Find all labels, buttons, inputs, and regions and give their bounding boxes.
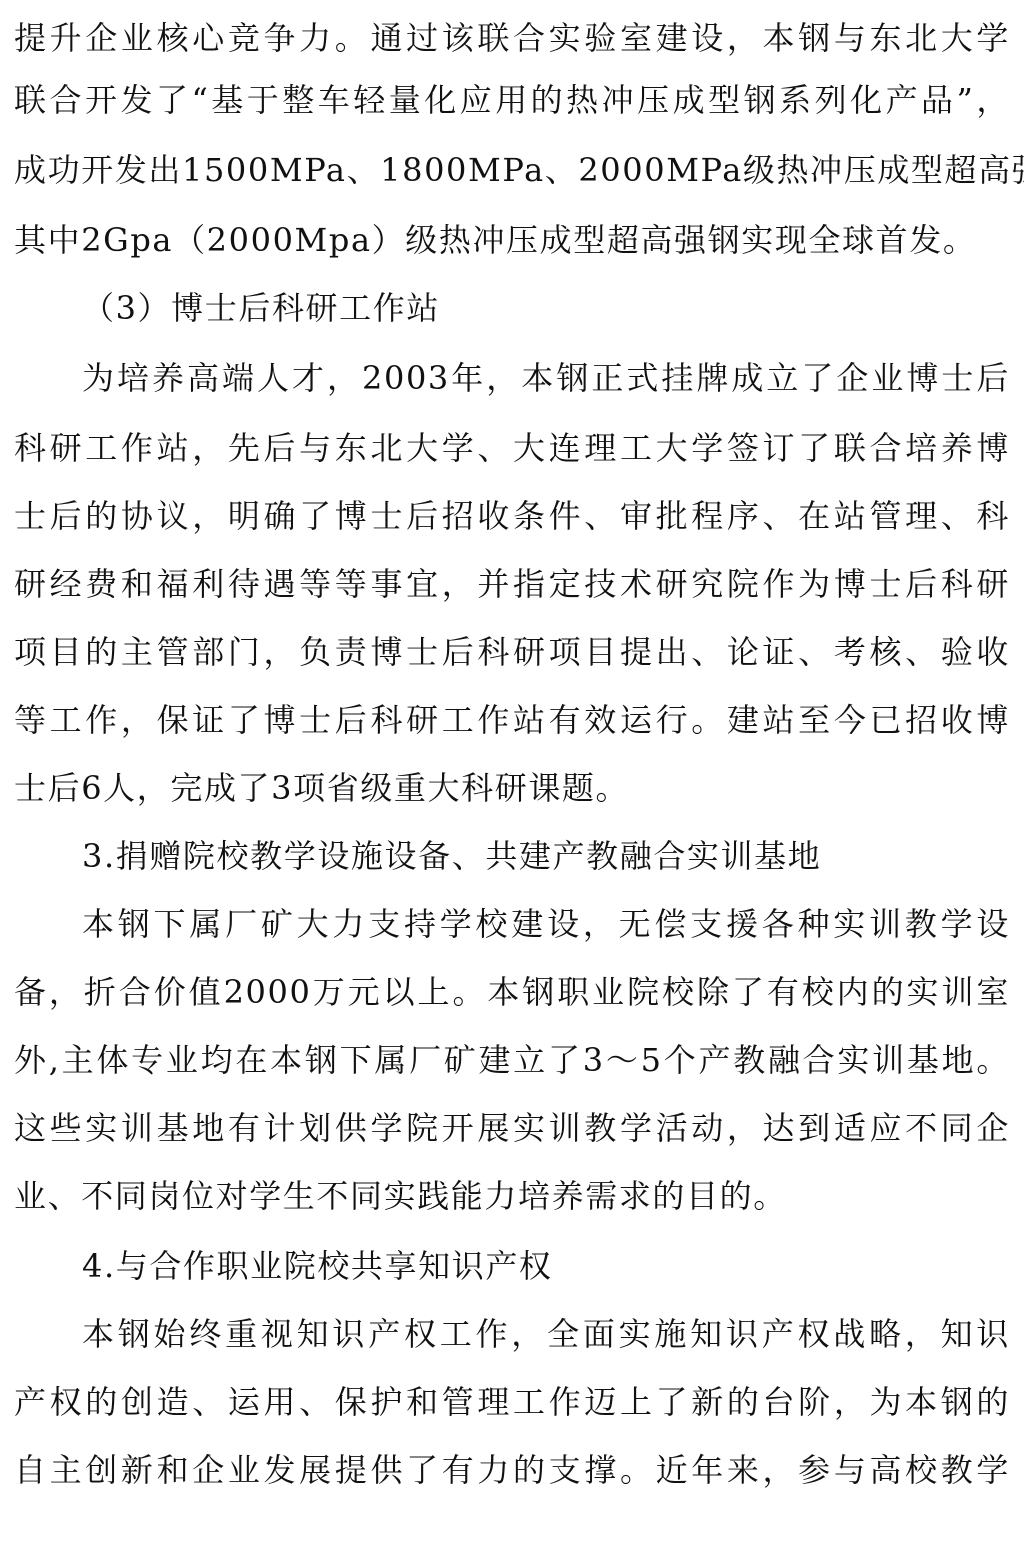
paragraph-line: 这些实训基地有计划供学院开展实训教学活动，达到适应不同企	[14, 1108, 1010, 1148]
paragraph-line: 产权的创造、运用、保护和管理工作迈上了新的台阶，为本钢的	[14, 1382, 1010, 1422]
paragraph-line: 士后6人，完成了3项省级重大科研课题。	[14, 768, 1010, 808]
document-page: 提升企业核心竞争力。通过该联合实验室建设，本钢与东北大学 联合开发了“基于整车轻…	[0, 0, 1024, 1542]
paragraph-line: 本钢下属厂矿大力支持学校建设，无偿支援各种实训教学设	[82, 904, 1010, 944]
paragraph-line: 自主创新和企业发展提供了有力的支撑。近年来，参与高校教学	[14, 1450, 1010, 1490]
paragraph-line: 联合开发了“基于整车轻量化应用的热冲压成型钢系列化产品”，	[14, 80, 1010, 120]
paragraph-line: 外,主体专业均在本钢下属厂矿建立了3～5个产教融合实训基地。	[14, 1040, 1010, 1080]
paragraph-line: 科研工作站，先后与东北大学、大连理工大学签订了联合培养博	[14, 428, 1010, 468]
paragraph-line: 成功开发出1500MPa、1800MPa、2000MPa级热冲压成型超高强钢，	[14, 150, 1010, 190]
paragraph-line: 本钢始终重视知识产权工作，全面实施知识产权战略，知识	[82, 1314, 1010, 1354]
section-heading-donate-equipment: 3.捐赠院校教学设施设备、共建产教融合实训基地	[82, 836, 1010, 876]
paragraph-line: 士后的协议，明确了博士后招收条件、审批程序、在站管理、科	[14, 496, 1010, 536]
paragraph-line: 备，折合价值2000万元以上。本钢职业院校除了有校内的实训室	[14, 972, 1010, 1012]
paragraph-line: 研经费和福利待遇等等事宜，并指定技术研究院作为博士后科研	[14, 564, 1010, 604]
section-heading-share-ip: 4.与合作职业院校共享知识产权	[82, 1246, 1010, 1286]
paragraph-line: 提升企业核心竞争力。通过该联合实验室建设，本钢与东北大学	[14, 18, 1010, 58]
paragraph-line: 业、不同岗位对学生不同实践能力培养需求的目的。	[14, 1176, 1010, 1216]
paragraph-line: 为培养高端人才，2003年，本钢正式挂牌成立了企业博士后	[82, 358, 1010, 398]
section-heading-postdoc-station: （3）博士后科研工作站	[82, 288, 1010, 328]
paragraph-line: 项目的主管部门，负责博士后科研项目提出、论证、考核、验收	[14, 632, 1010, 672]
paragraph-line: 等工作，保证了博士后科研工作站有效运行。建站至今已招收博	[14, 700, 1010, 740]
paragraph-line: 其中2Gpa（2000Mpa）级热冲压成型超高强钢实现全球首发。	[14, 220, 1010, 260]
